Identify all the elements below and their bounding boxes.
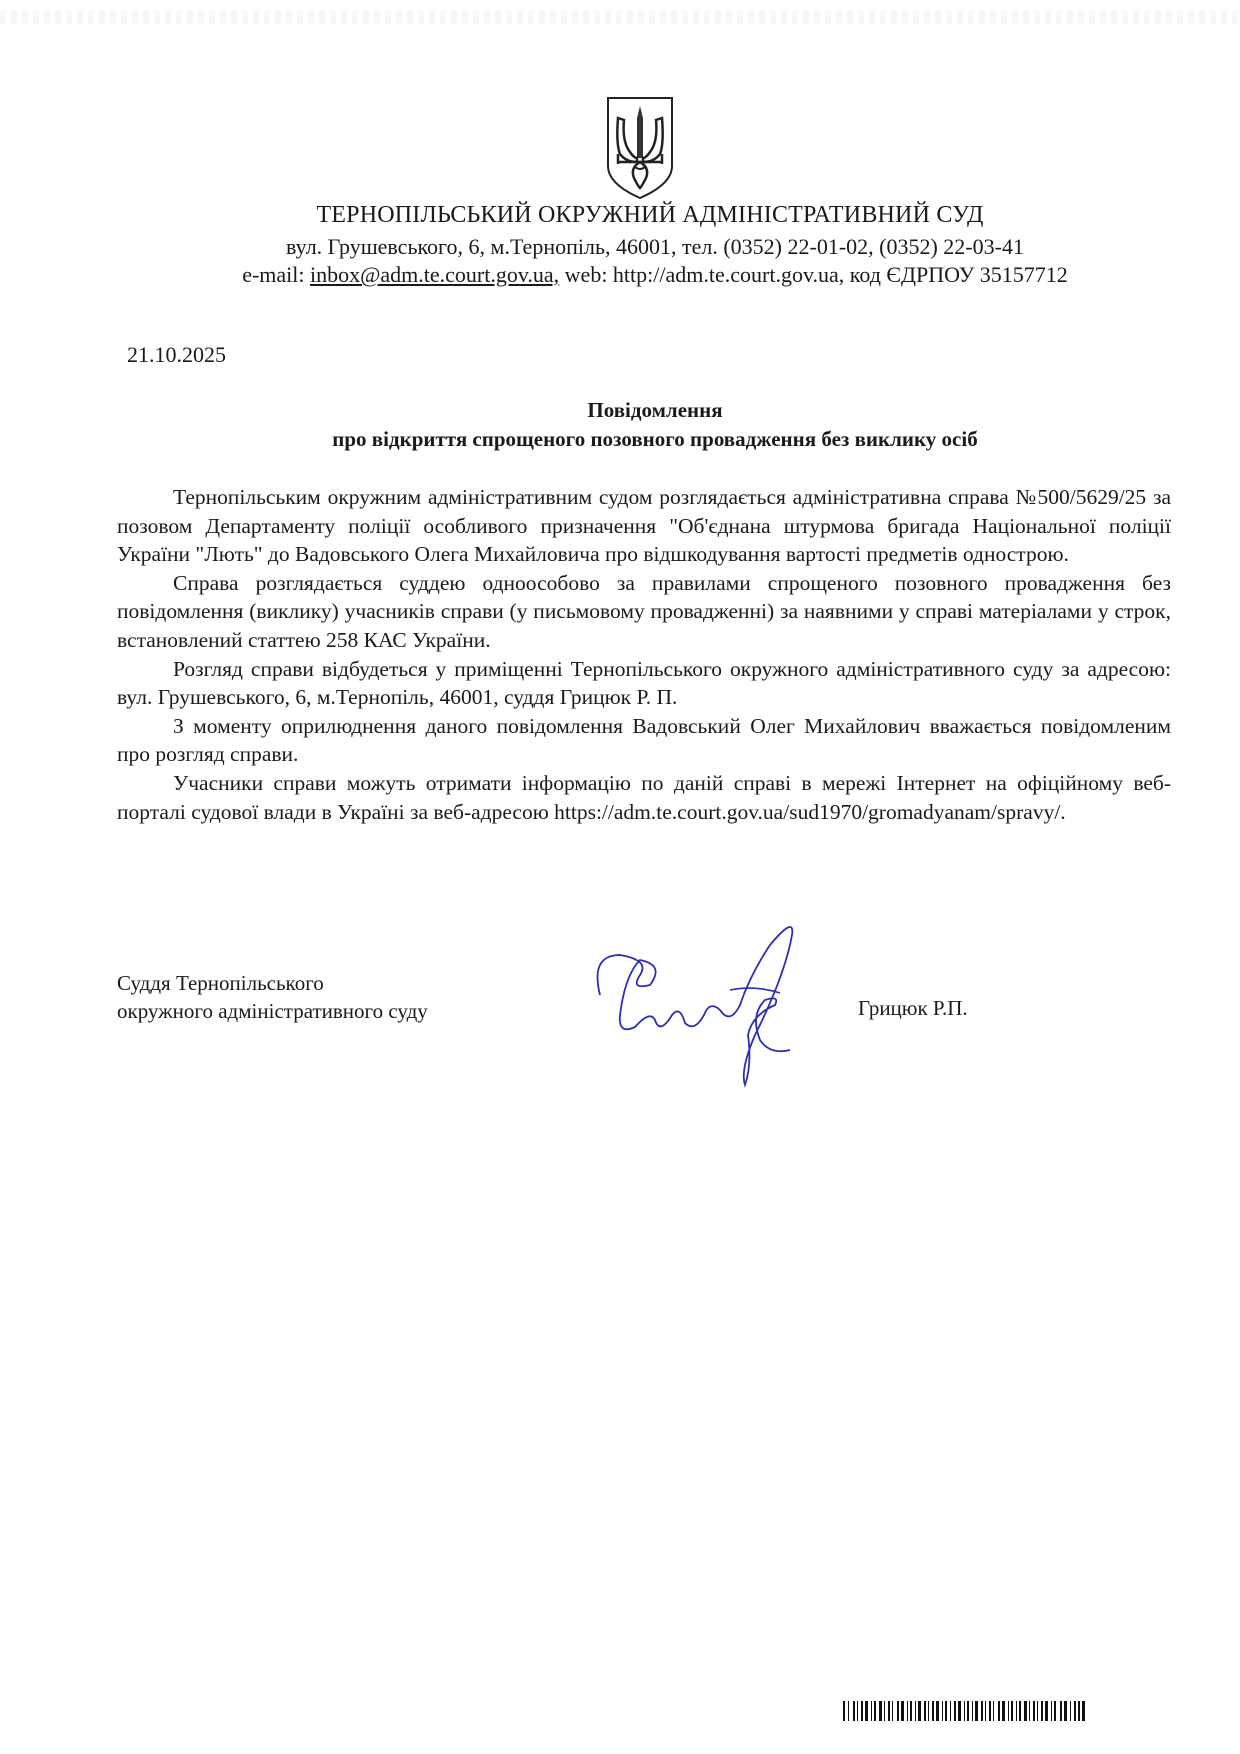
email-link[interactable]: inbox@adm.te.court.gov.ua, <box>310 262 559 287</box>
document-date: 21.10.2025 <box>127 342 226 368</box>
handwritten-signature-icon <box>580 915 880 1095</box>
paragraph-location: Розгляд справи відбудеться у приміщенні … <box>117 655 1171 712</box>
document-subtitle: про відкриття спрощеного позовного прова… <box>0 427 1240 452</box>
position-line-2: окружного адміністративного суду <box>117 997 428 1025</box>
court-address: вул. Грушевського, 6, м.Тернопіль, 46001… <box>0 234 1240 260</box>
paragraph-online-info: Учасники справи можуть отримати інформац… <box>117 769 1171 826</box>
scan-artifact-strip <box>0 10 1240 24</box>
trident-emblem-icon <box>604 96 676 200</box>
document-title: Повідомлення <box>0 398 1240 423</box>
paragraph-procedure: Справа розглядається суддею одноособово … <box>117 569 1171 655</box>
paragraph-case-info: Тернопільським окружним адміністративним… <box>117 483 1171 569</box>
court-contacts: e-mail: inbox@adm.te.court.gov.ua, web: … <box>0 262 1240 288</box>
signer-name: Грицюк Р.П. <box>858 996 968 1021</box>
notice-body: Тернопільським окружним адміністративним… <box>117 483 1171 826</box>
signer-position: Суддя Тернопільського окружного адмініст… <box>117 969 428 1025</box>
paragraph-notification: З моменту оприлюднення даного повідомлен… <box>117 712 1171 769</box>
web-and-code: web: http://adm.te.court.gov.ua, код ЄДР… <box>559 262 1068 287</box>
barcode-icon <box>843 1701 1165 1721</box>
email-label: e-mail: <box>242 262 310 287</box>
court-name: ТЕРНОПІЛЬСЬКИЙ ОКРУЖНИЙ АДМІНІСТРАТИВНИЙ… <box>0 202 1240 229</box>
position-line-1: Суддя Тернопільського <box>117 969 428 997</box>
